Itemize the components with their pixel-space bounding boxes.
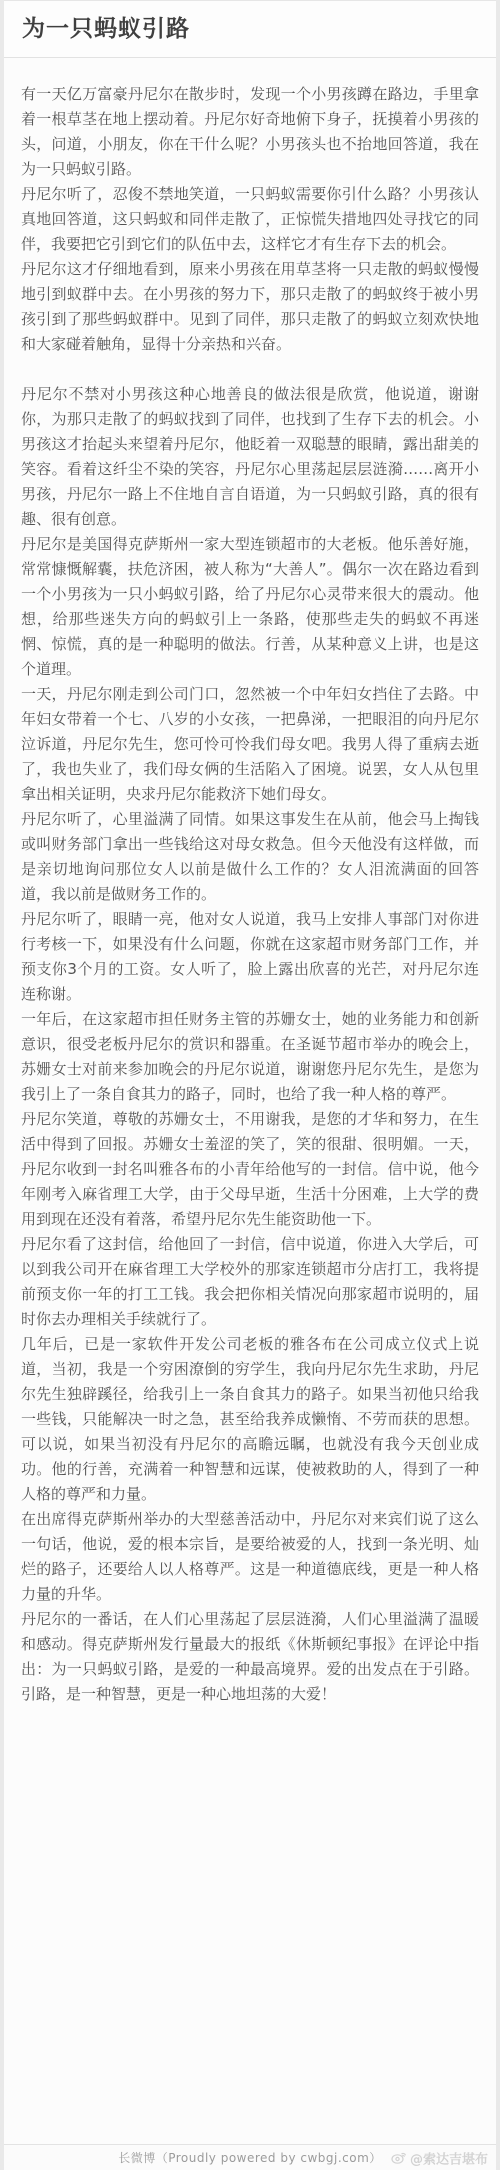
- paragraph: 丹尼尔不禁对小男孩这种心地善良的做法很是欣赏，他说道，谢谢你，为那只走散了的蚂蚁…: [21, 382, 479, 532]
- paragraph: 丹尼尔听了，忍俊不禁地笑道，一只蚂蚁需要你引什么路？小男孩认真地回答道，这只蚂蚁…: [21, 182, 479, 257]
- paragraph: 几年后，已是一家软件开发公司老板的雅各布在公司成立仪式上说道，当初，我是一个穷困…: [21, 1332, 479, 1507]
- page-title: 为一只蚂蚁引路: [22, 16, 478, 44]
- paragraph: 有一天亿万富豪丹尼尔在散步时，发现一个小男孩蹲在路边，手里拿着一根草茎在地上摆动…: [21, 82, 479, 182]
- paragraph: 丹尼尔是美国得克萨斯州一家大型连锁超市的大老板。他乐善好施，常常慷慨解囊，扶危济…: [21, 532, 479, 682]
- watermark: @索达吉堪布: [391, 2148, 488, 2167]
- paragraph: 丹尼尔听了，眼睛一亮，他对女人说道，我马上安排人事部门对你进行考核一下，如果没有…: [21, 907, 479, 1007]
- footer-attribution: 长微博（Proudly powered by cwbgj.com）: [118, 2149, 382, 2166]
- paragraph: 丹尼尔这才仔细地看到，原来小男孩在用草茎将一只走散的蚂蚁慢慢地引到蚁群中去。在小…: [21, 257, 479, 357]
- article-header: 为一只蚂蚁引路: [4, 1, 496, 58]
- article-body: 有一天亿万富豪丹尼尔在散步时，发现一个小男孩蹲在路边，手里拿着一根草茎在地上摆动…: [4, 58, 496, 2144]
- paragraph: 丹尼尔听了，心里溢满了同情。如果这事发生在从前，他会马上掏钱或叫财务部门拿出一些…: [21, 807, 479, 907]
- article-card: 为一只蚂蚁引路 有一天亿万富豪丹尼尔在散步时，发现一个小男孩蹲在路边，手里拿着一…: [4, 0, 496, 2170]
- paragraph: 丹尼尔看了这封信，给他回了一封信，信中说道，你进入大学后，可以到我公司开在麻省理…: [21, 1232, 479, 1332]
- paragraph: 丹尼尔的一番话，在人们心里荡起了层层涟漪，人们心里溢满了温暖和感动。得克萨斯州发…: [21, 1607, 479, 1707]
- paragraph: 丹尼尔笑道，尊敬的苏姗女士，不用谢我，是您的才华和努力，在生活中得到了回报。苏姗…: [21, 1107, 479, 1232]
- footer-bar: 长微博（Proudly powered by cwbgj.com） @索达吉堪布: [4, 2144, 496, 2170]
- paragraph: 一天，丹尼尔刚走到公司门口，忽然被一个中年妇女挡住了去路。中年妇女带着一个七、八…: [21, 682, 479, 807]
- weibo-icon: [391, 2151, 407, 2165]
- watermark-label: @索达吉堪布: [410, 2148, 488, 2167]
- paragraph: 在出席得克萨斯州举办的大型慈善活动中，丹尼尔对来宾们说了这么一句话，他说，爱的根…: [21, 1507, 479, 1607]
- paragraph: 一年后，在这家超市担任财务主管的苏姗女士，她的业务能力和创新意识，很受老板丹尼尔…: [21, 1007, 479, 1107]
